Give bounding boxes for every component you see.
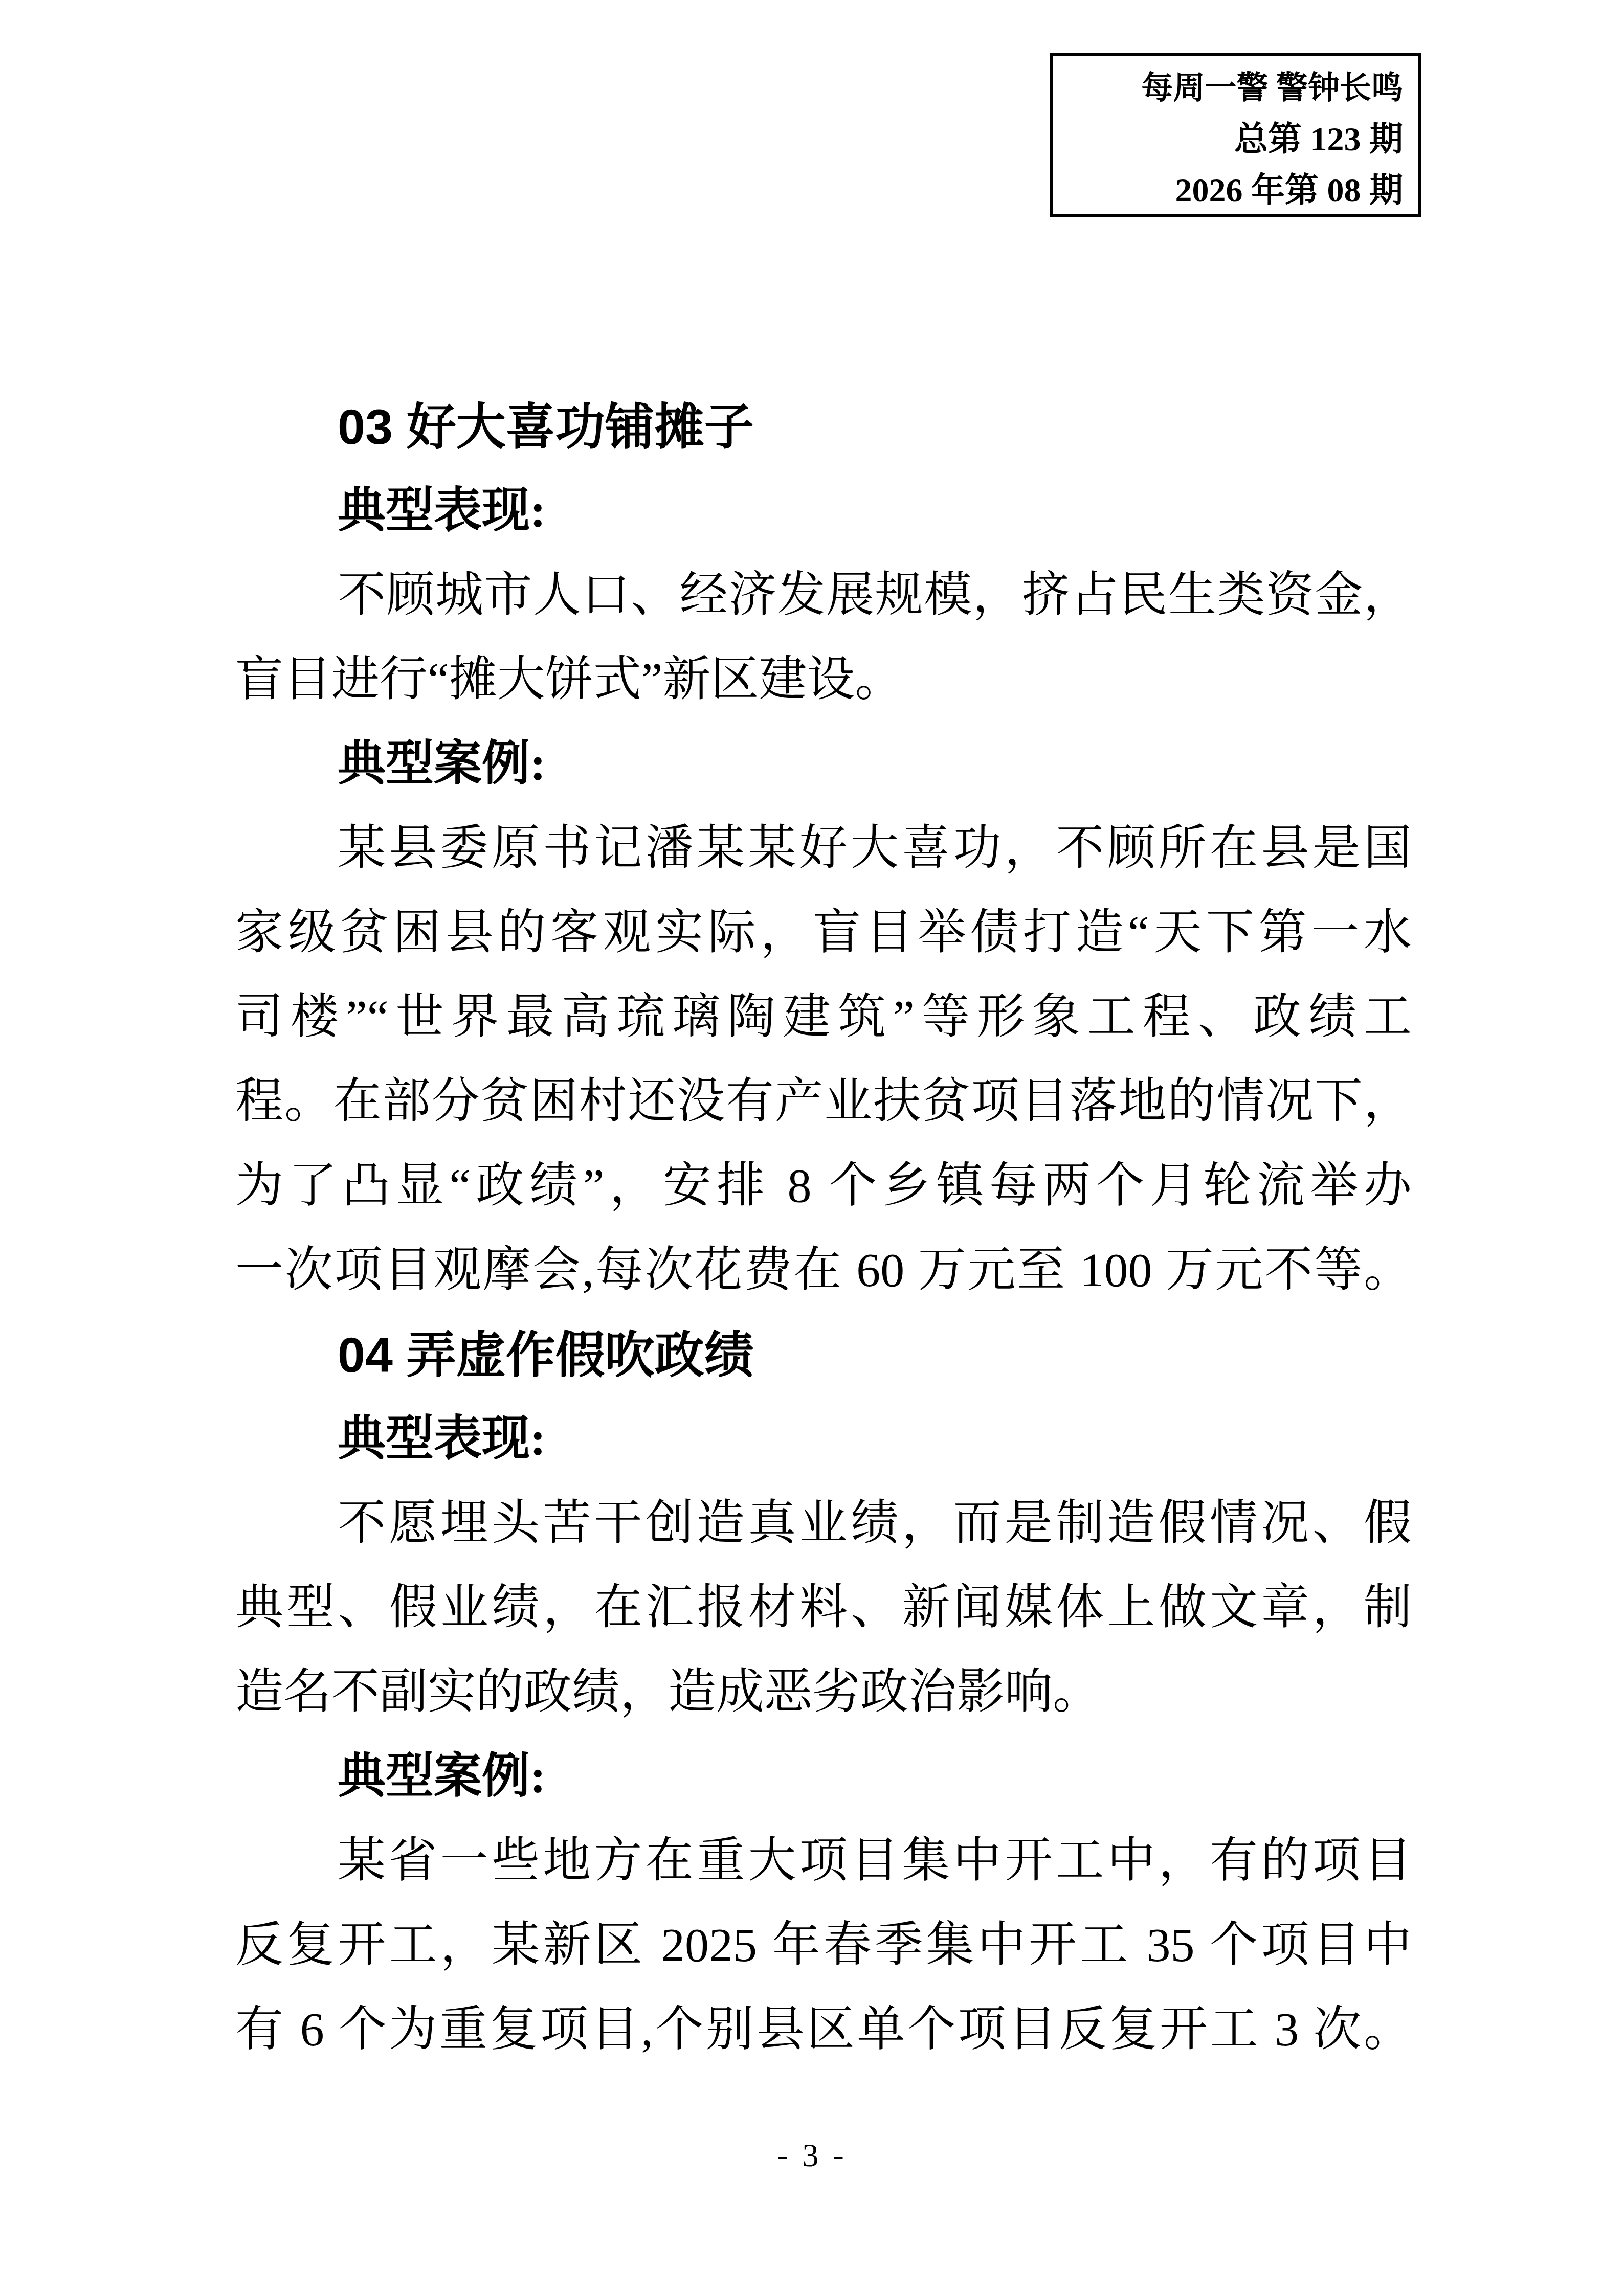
issue-number-year: 2026 年第 08 期 bbox=[1060, 165, 1403, 216]
section-heading-04: 04 弄虚作假吹政绩 bbox=[235, 1313, 1412, 1397]
page-number: - 3 - bbox=[0, 2122, 1624, 2189]
body-text-line: 司楼”“世界最高琉璃陶建筑”等形象工程、政绩工 bbox=[235, 975, 1412, 1060]
body-text-line: 为了凸显“政绩”，安排 8 个乡镇每两个月轮流举办 bbox=[235, 1144, 1412, 1228]
issue-title: 每周一警 警钟长鸣 bbox=[1060, 63, 1403, 114]
label-typical-manifestation: 典型表现: bbox=[235, 469, 1412, 553]
body-text-line: 某县委原书记潘某某好大喜功，不顾所在县是国 bbox=[235, 806, 1412, 891]
body-text-line: 造名不副实的政绩，造成恶劣政治影响。 bbox=[235, 1650, 1412, 1735]
body-text-line: 一次项目观摩会,每次花费在 60 万元至 100 万元不等。 bbox=[235, 1228, 1412, 1313]
body-text-line: 盲目进行“摊大饼式”新区建设。 bbox=[235, 638, 1412, 722]
body-text-line: 不顾城市人口、经济发展规模，挤占民生类资金， bbox=[235, 553, 1412, 638]
section-heading-03: 03 好大喜功铺摊子 bbox=[235, 385, 1412, 469]
body-text-line: 某省一些地方在重大项目集中开工中，有的项目 bbox=[235, 1819, 1412, 1903]
issue-info-box: 每周一警 警钟长鸣 总第 123 期 2026 年第 08 期 bbox=[1050, 53, 1421, 217]
body-text-line: 反复开工，某新区 2025 年春季集中开工 35 个项目中 bbox=[235, 1903, 1412, 1988]
body-text-line: 典型、假业绩，在汇报材料、新闻媒体上做文章，制 bbox=[235, 1566, 1412, 1650]
document-body: 03 好大喜功铺摊子 典型表现: 不顾城市人口、经济发展规模，挤占民生类资金， … bbox=[235, 385, 1412, 2072]
label-typical-case: 典型案例: bbox=[235, 722, 1412, 806]
body-text-line: 程。在部分贫困村还没有产业扶贫项目落地的情况下， bbox=[235, 1060, 1412, 1144]
document-page: 每周一警 警钟长鸣 总第 123 期 2026 年第 08 期 03 好大喜功铺… bbox=[0, 0, 1624, 2296]
body-text-line: 家级贫困县的客观实际，盲目举债打造“天下第一水 bbox=[235, 891, 1412, 975]
label-typical-manifestation: 典型表现: bbox=[235, 1397, 1412, 1481]
body-text-line: 有 6 个为重复项目,个别县区单个项目反复开工 3 次。 bbox=[235, 1988, 1412, 2072]
label-typical-case: 典型案例: bbox=[235, 1735, 1412, 1819]
issue-number-total: 总第 123 期 bbox=[1060, 114, 1403, 165]
body-text-line: 不愿埋头苦干创造真业绩，而是制造假情况、假 bbox=[235, 1481, 1412, 1566]
